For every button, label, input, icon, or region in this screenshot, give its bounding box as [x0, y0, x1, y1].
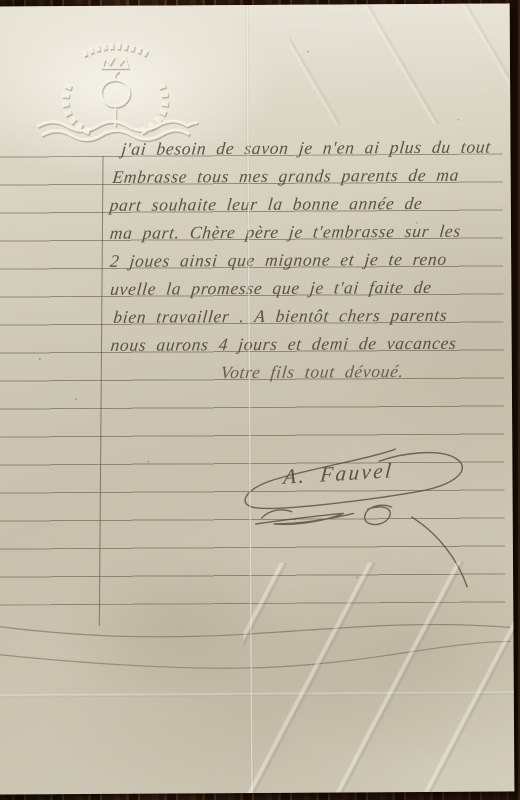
handwritten-line: uvelle la promesse que je t'ai faite de	[107, 272, 505, 302]
handwritten-line: ma part. Chère père je t'embrasse sur le…	[107, 216, 505, 246]
handwritten-line: part souhaite leur la bonne année de	[106, 188, 504, 218]
handwritten-line: Embrasse tous mes grands parents de ma	[106, 160, 504, 190]
handwritten-line: j'ai besoin de savon je n'en ai plus du …	[106, 132, 504, 162]
letter-body: j'ai besoin de savon je n'en ai plus du …	[107, 132, 504, 386]
handwritten-line: bien travailler . A bientôt chers parent…	[107, 300, 505, 330]
letter-paper: j'ai besoin de savon je n'en ai plus du …	[0, 3, 514, 794]
handwritten-line: nous aurons 4 jours et demi de vacances	[107, 328, 505, 358]
photo-of-letter-on-wood-table: j'ai besoin de savon je n'en ai plus du …	[0, 0, 520, 800]
top-right-creases	[290, 3, 511, 124]
closing-line: Votre fils tout dévoué.	[107, 356, 505, 386]
bottom-right-creases	[243, 561, 514, 793]
embossed-seal-icon	[31, 29, 200, 146]
handwritten-line: 2 joues ainsi que mignone et je te reno	[107, 244, 505, 274]
